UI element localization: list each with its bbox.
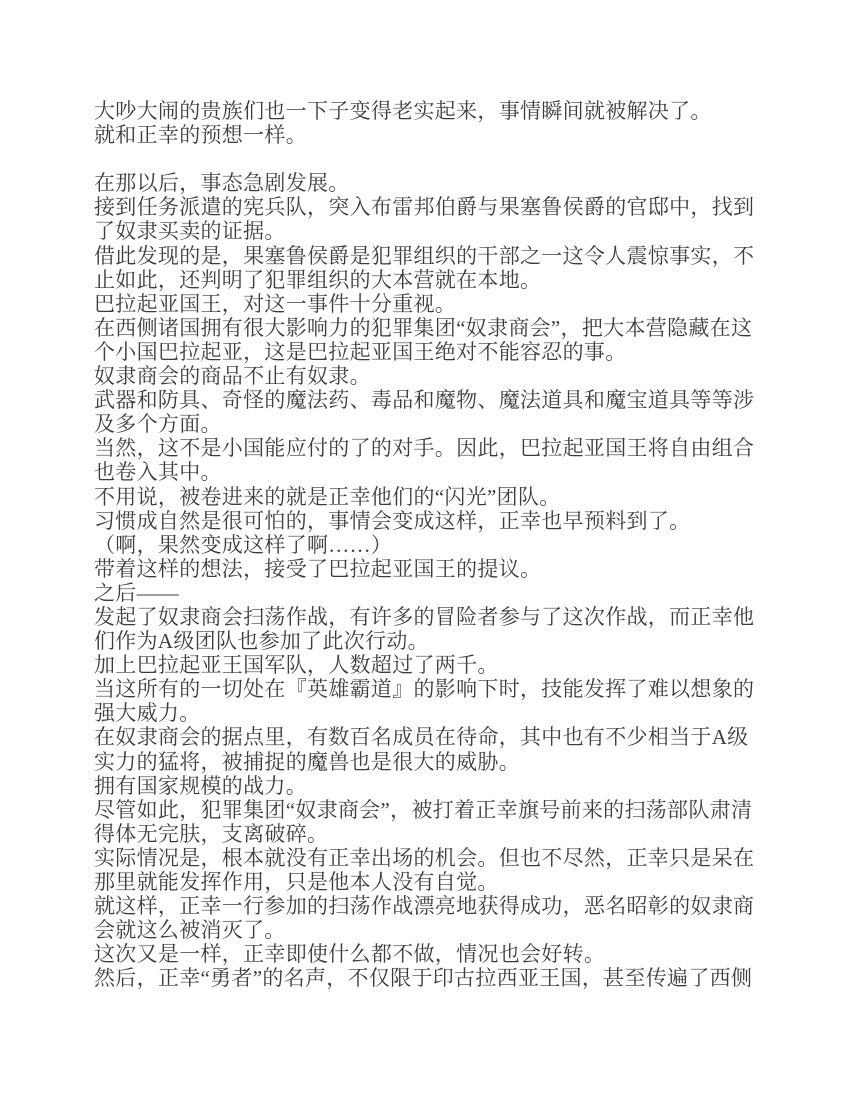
text-line-22: 发起了奴隶商会扫荡作战，有许多的冒险者参与了这次作战，而正幸他 [94,605,784,629]
text-line-16: 也卷入其中。 [94,460,784,484]
text-line-37: 然后，正幸“勇者”的名声，不仅限于印古拉西亚王国，甚至传遍了西侧 [94,966,784,990]
text-line-33: 那里就能发挥作用，只是他本人没有自觉。 [94,870,784,894]
text-line-32: 实际情况是，根本就没有正幸出场的机会。但也不尽然，正幸只是呆在 [94,846,784,870]
text-line-4: 在那以后，事态急剧发展。 [94,171,784,195]
text-line-13: 武器和防具、奇怪的魔法药、毒品和魔物、魔法道具和魔宝道具等等涉 [94,388,784,412]
text-line-36: 这次又是一样，正幸即使什么都不做，情况也会好转。 [94,942,784,966]
text-line-10: 在西侧诸国拥有很大影响力的犯罪集团“奴隶商会”，把大本营隐藏在这 [94,316,784,340]
text-line-9: 巴拉起亚国王，对这一事件十分重视。 [94,292,784,316]
text-line-2: 就和正幸的预想一样。 [94,123,784,147]
text-line-34: 就这样，正幸一行参加的扫荡作战漂亮地获得成功，恶名昭彰的奴隶商 [94,894,784,918]
text-line-1: 大吵大闹的贵族们也一下子变得老实起来，事情瞬间就被解决了。 [94,99,784,123]
text-line-6: 了奴隶买卖的证据。 [94,219,784,243]
text-line-20: 带着这样的想法，接受了巴拉起亚国王的提议。 [94,557,784,581]
text-line-5: 接到任务派遣的宪兵队，突入布雷邦伯爵与果塞鲁侯爵的官邸中，找到 [94,195,784,219]
text-line-31: 得体无完肤，支离破碎。 [94,822,784,846]
text-line-28: 实力的猛将，被捕捉的魔兽也是很大的威胁。 [94,750,784,774]
text-line-14: 及多个方面。 [94,412,784,436]
text-line-27: 在奴隶商会的据点里，有数百名成员在待命，其中也有不少相当于A级 [94,725,784,749]
text-line-25: 当这所有的一切处在『英雄霸道』的影响下时，技能发挥了难以想象的 [94,677,784,701]
document-page: 大吵大闹的贵族们也一下子变得老实起来，事情瞬间就被解决了。就和正幸的预想一样。在… [94,99,784,990]
text-line-17: 不用说，被卷进来的就是正幸他们的“闪光”团队。 [94,485,784,509]
text-line-24: 加上巴拉起亚王国军队，人数超过了两千。 [94,653,784,677]
text-line-8: 止如此，还判明了犯罪组织的大本营就在本地。 [94,268,784,292]
text-line-11: 个小国巴拉起亚，这是巴拉起亚国王绝对不能容忍的事。 [94,340,784,364]
text-line-18: 习惯成自然是很可怕的，事情会变成这样，正幸也早预料到了。 [94,509,784,533]
text-line-26: 强大威力。 [94,701,784,725]
text-line-19: （啊，果然变成这样了啊……） [94,533,784,557]
text-line-29: 拥有国家规模的战力。 [94,774,784,798]
text-line-15: 当然，这不是小国能应付的了的对手。因此，巴拉起亚国王将自由组合 [94,436,784,460]
text-line-30: 尽管如此，犯罪集团“奴隶商会”，被打着正幸旗号前来的扫荡部队肃清 [94,798,784,822]
text-line-12: 奴隶商会的商品不止有奴隶。 [94,364,784,388]
text-line-7: 借此发现的是，果塞鲁侯爵是犯罪组织的干部之一这令人震惊事实，不 [94,244,784,268]
text-line-23: 们作为A级团队也参加了此次行动。 [94,629,784,653]
text-line-21: 之后—— [94,581,784,605]
text-line-35: 会就这么被消灭了。 [94,918,784,942]
text-line-3 [94,147,784,171]
